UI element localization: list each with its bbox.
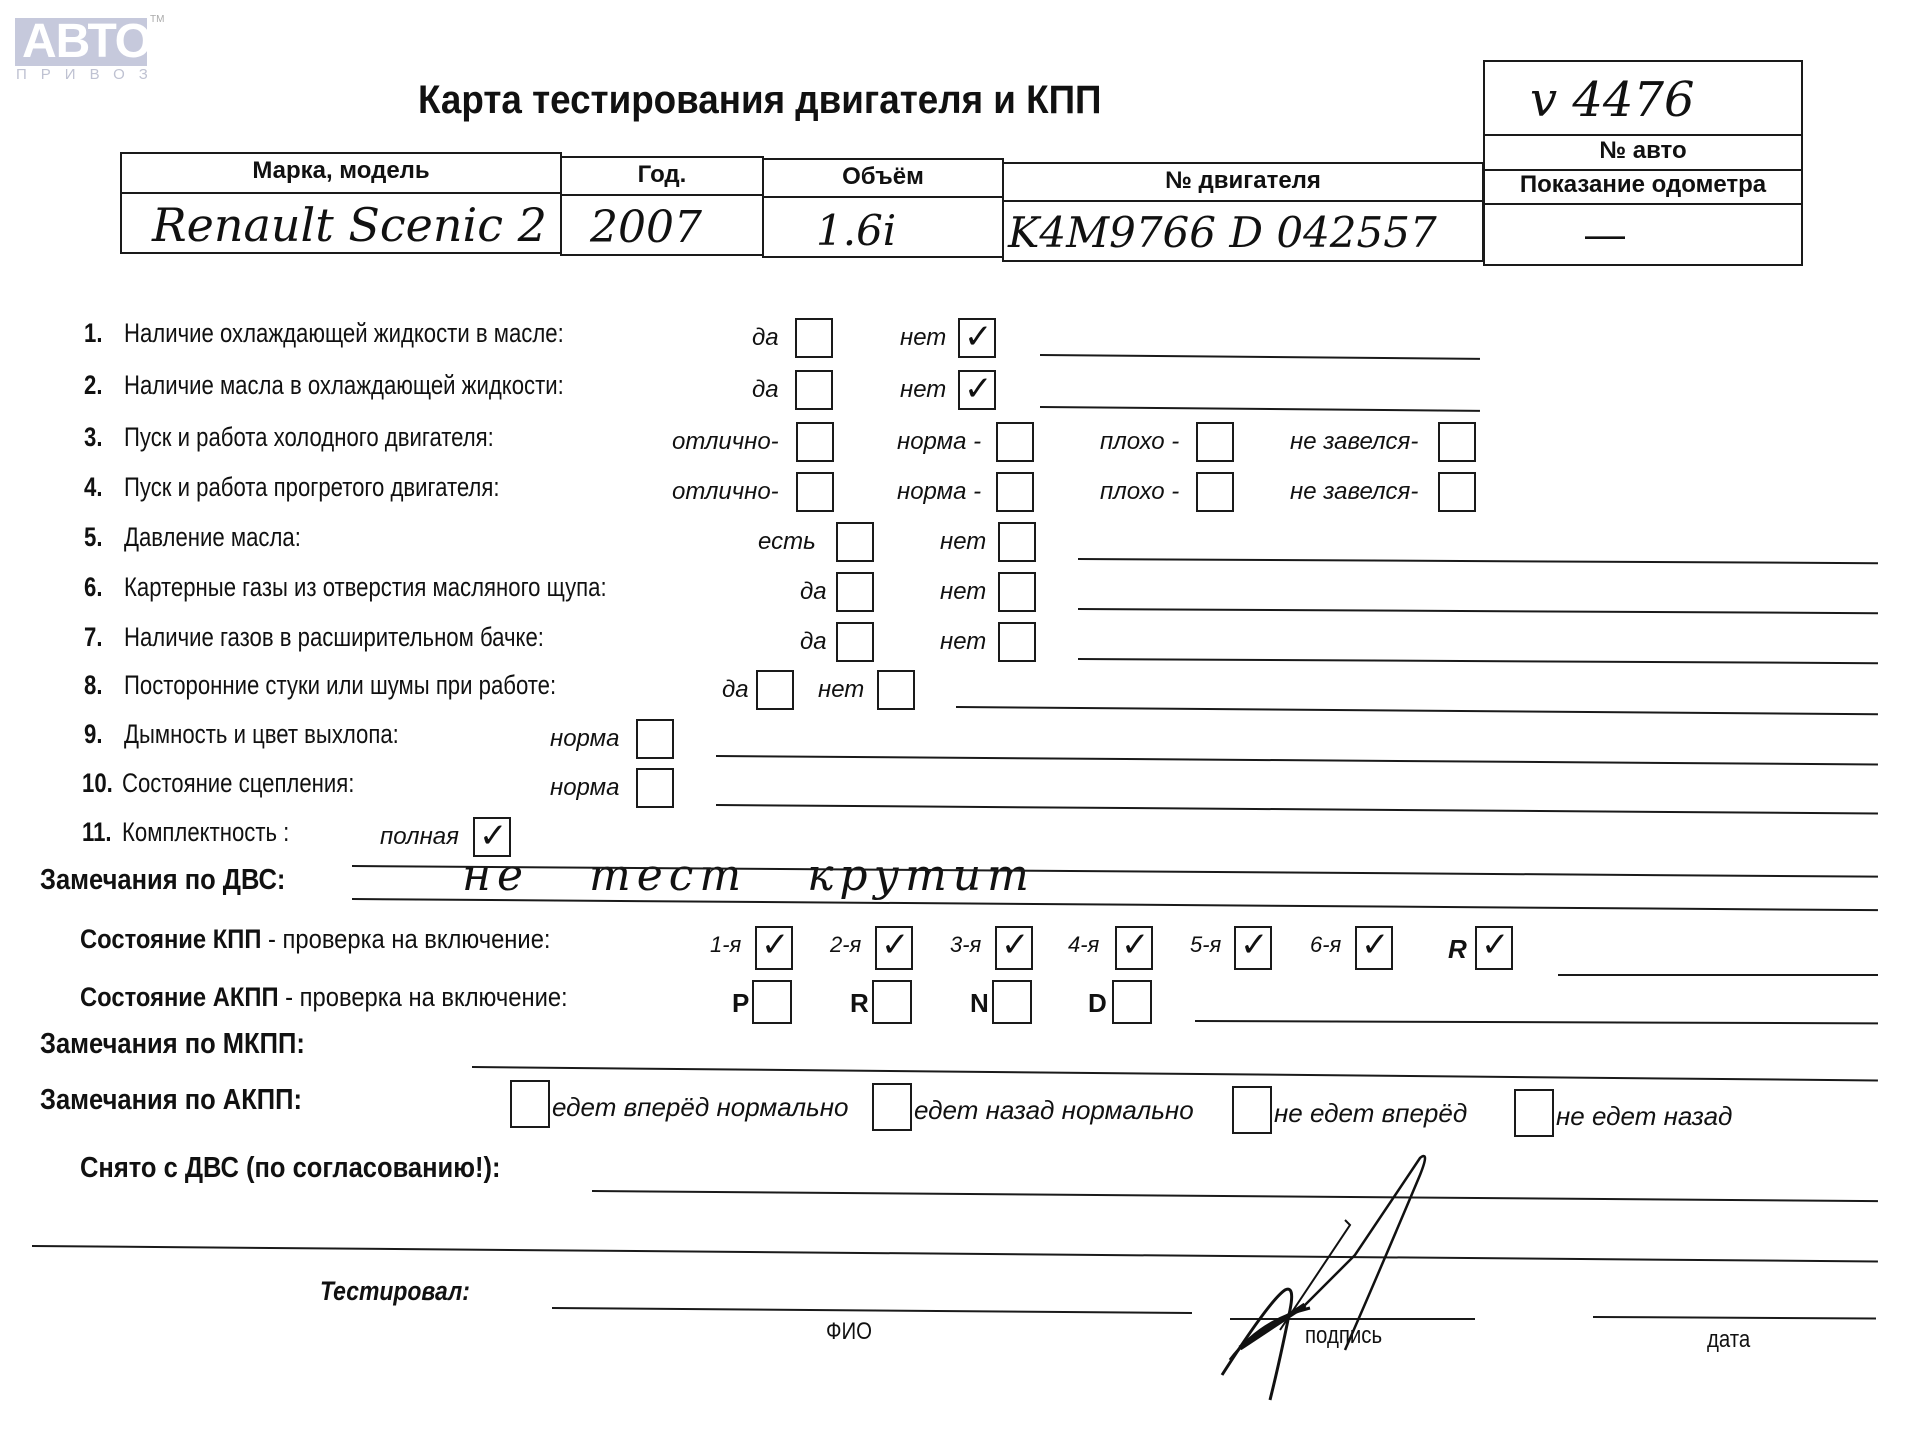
option-checkbox-1[interactable] bbox=[636, 719, 674, 759]
make-model-value: Renault Scenic 2 bbox=[152, 198, 547, 252]
row-number: 5. bbox=[84, 522, 102, 553]
akpp-position-label-4: D bbox=[1088, 988, 1107, 1019]
akpp-position-checkbox-2[interactable] bbox=[872, 980, 912, 1024]
option-label-1: норма bbox=[550, 725, 619, 753]
row-number: 10. bbox=[82, 768, 113, 799]
gear-checkbox-2[interactable]: ✓ bbox=[875, 926, 913, 970]
option-checkbox-2[interactable] bbox=[998, 522, 1036, 562]
akpp-position-checkbox-4[interactable] bbox=[1112, 980, 1152, 1024]
engine-number-field[interactable]: K4M9766 D 042557 bbox=[1002, 200, 1484, 262]
option-checkbox-4[interactable] bbox=[1438, 422, 1476, 462]
auto-gearbox-label: Состояние АКПП - проверка на включение: bbox=[80, 982, 568, 1013]
header-year-label: Год. bbox=[560, 156, 764, 196]
row-label: Наличие газов в расширительном бачке: bbox=[124, 622, 544, 653]
row-number: 7. bbox=[84, 622, 102, 653]
gear-label-4: 4-я bbox=[1068, 932, 1099, 958]
option-checkbox-1[interactable] bbox=[796, 422, 834, 462]
row-label: Наличие масла в охлаждающей жидкости: bbox=[124, 370, 564, 401]
option-checkbox-3[interactable] bbox=[1196, 422, 1234, 462]
check-icon: ✓ bbox=[761, 928, 790, 962]
auto-gearbox-subtitle: - проверка на включение: bbox=[279, 982, 568, 1012]
check-icon: ✓ bbox=[964, 320, 993, 354]
option-label-1: есть bbox=[758, 528, 816, 556]
date-label: дата bbox=[1707, 1326, 1750, 1354]
logo-text: АВТО bbox=[22, 14, 151, 70]
option-checkbox-1[interactable] bbox=[636, 768, 674, 808]
signature-mark bbox=[1210, 1150, 1440, 1410]
option-label-3: плохо - bbox=[1100, 478, 1179, 506]
option-checkbox-2[interactable] bbox=[996, 472, 1034, 512]
gear-label-7: R bbox=[1448, 934, 1467, 965]
option-label-1: да bbox=[800, 628, 827, 656]
option-label-1: да bbox=[752, 376, 779, 404]
auto-gearbox-line bbox=[1195, 1020, 1878, 1024]
option-checkbox-1[interactable] bbox=[795, 370, 833, 410]
option-checkbox-2[interactable] bbox=[998, 622, 1036, 662]
gear-checkbox-1[interactable]: ✓ bbox=[755, 926, 793, 970]
check-icon: ✓ bbox=[479, 819, 508, 853]
gear-checkbox-4[interactable]: ✓ bbox=[1115, 926, 1153, 970]
check-icon: ✓ bbox=[1361, 928, 1390, 962]
engine-remarks-value[interactable]: не тест крутит bbox=[462, 850, 1035, 901]
option-label-2: нет bbox=[940, 628, 986, 656]
akpp-position-label-3: N bbox=[970, 988, 989, 1019]
tested-by-label: Тестировал: bbox=[320, 1276, 470, 1307]
auto-remarks-label: Замечания по АКПП: bbox=[40, 1084, 302, 1117]
akpp-remark-checkbox-2[interactable] bbox=[872, 1083, 912, 1131]
row-number: 8. bbox=[84, 670, 102, 701]
akpp-remark-checkbox-1[interactable] bbox=[510, 1080, 550, 1128]
akpp-position-checkbox-1[interactable] bbox=[752, 980, 792, 1024]
row-number: 3. bbox=[84, 422, 102, 453]
row-notes-line[interactable] bbox=[1078, 658, 1878, 664]
row-label: Пуск и работа прогретого двигателя: bbox=[124, 472, 499, 503]
option-checkbox-4[interactable] bbox=[1438, 472, 1476, 512]
gear-checkbox-3[interactable]: ✓ bbox=[995, 926, 1033, 970]
engine-number-value: K4M9766 D 042557 bbox=[1008, 208, 1437, 257]
header-engine-number-label: № двигателя bbox=[1002, 162, 1484, 202]
row-notes-line[interactable] bbox=[1040, 354, 1480, 360]
option-checkbox-2[interactable]: ✓ bbox=[958, 318, 996, 358]
check-icon: ✓ bbox=[1001, 928, 1030, 962]
option-checkbox-1[interactable] bbox=[836, 522, 874, 562]
page-title: Карта тестирования двигателя и КПП bbox=[418, 78, 1101, 123]
option-checkbox-2[interactable]: ✓ bbox=[958, 370, 996, 410]
fio-line[interactable] bbox=[552, 1307, 1192, 1314]
gear-checkbox-7[interactable]: ✓ bbox=[1475, 926, 1513, 970]
check-icon: ✓ bbox=[964, 372, 993, 406]
akpp-remark-checkbox-4[interactable] bbox=[1514, 1089, 1554, 1137]
check-icon: ✓ bbox=[1121, 928, 1150, 962]
odometer-label: Показание одометра bbox=[1483, 168, 1803, 202]
logo-subtitle: ПРИВОЗ bbox=[16, 66, 162, 83]
logo-trademark: TM bbox=[150, 14, 164, 25]
car-number-value[interactable]: v 4476 bbox=[1530, 72, 1695, 128]
row-label: Пуск и работа холодного двигателя: bbox=[124, 422, 494, 453]
option-label-4: не завелся- bbox=[1290, 478, 1418, 506]
manual-gearbox-title: Состояние КПП bbox=[80, 924, 261, 954]
option-checkbox-2[interactable] bbox=[998, 572, 1036, 612]
check-icon: ✓ bbox=[1240, 928, 1269, 962]
gear-label-3: 3-я bbox=[950, 932, 981, 958]
row-label: Дымность и цвет выхлопа: bbox=[124, 719, 399, 750]
option-label-1: да bbox=[800, 578, 827, 606]
engine-remarks-line bbox=[352, 898, 1878, 911]
auto-gearbox-title: Состояние АКПП bbox=[80, 982, 279, 1012]
check-icon: ✓ bbox=[1481, 928, 1510, 962]
option-checkbox-1[interactable] bbox=[836, 622, 874, 662]
gear-label-6: 6-я bbox=[1310, 932, 1341, 958]
option-checkbox-1[interactable] bbox=[796, 472, 834, 512]
option-label-1: да bbox=[752, 324, 779, 352]
row-notes-line[interactable] bbox=[716, 804, 1878, 815]
divider bbox=[1483, 203, 1803, 205]
manual-gearbox-label: Состояние КПП - проверка на включение: bbox=[80, 924, 551, 955]
volume-field[interactable]: 1.6i bbox=[762, 196, 1004, 258]
manual-gearbox-subtitle: - проверка на включение: bbox=[261, 924, 550, 954]
option-label-2: нет bbox=[940, 528, 986, 556]
row-label: Посторонние стуки или шумы при работе: bbox=[124, 670, 556, 701]
option-label-1: да bbox=[722, 676, 749, 704]
row-notes-line[interactable] bbox=[1040, 406, 1480, 412]
option-checkbox-2[interactable] bbox=[877, 670, 915, 710]
check-icon: ✓ bbox=[881, 928, 910, 962]
car-number-label: № авто bbox=[1483, 134, 1803, 168]
volume-value: 1.6i bbox=[816, 206, 896, 255]
header-volume-label: Объём bbox=[762, 158, 1004, 198]
row-number: 6. bbox=[84, 572, 102, 603]
year-value: 2007 bbox=[590, 202, 702, 253]
gear-label-1: 1-я bbox=[710, 932, 741, 958]
option-label-1: отлично- bbox=[672, 478, 779, 506]
option-label-1: отлично- bbox=[672, 428, 779, 456]
option-label-1: норма bbox=[550, 774, 619, 802]
row-label: Комплектность : bbox=[122, 817, 289, 848]
row-notes-line[interactable] bbox=[956, 706, 1878, 715]
row-label: Состояние сцепления: bbox=[122, 768, 354, 799]
row-number: 4. bbox=[84, 472, 102, 503]
akpp-remark-label-3: не едет вперёд bbox=[1274, 1098, 1467, 1129]
row-label: Картерные газы из отверстия масляного щу… bbox=[124, 572, 607, 603]
akpp-position-checkbox-3[interactable] bbox=[992, 980, 1032, 1024]
akpp-remark-label-1: едет вперёд нормально bbox=[552, 1092, 848, 1123]
year-field[interactable]: 2007 bbox=[560, 194, 764, 256]
row-notes-line[interactable] bbox=[716, 755, 1878, 766]
row-number: 1. bbox=[84, 318, 102, 349]
row-number: 2. bbox=[84, 370, 102, 401]
removed-parts-label: Снято с ДВС (по согласованию!): bbox=[80, 1152, 501, 1185]
akpp-remark-label-4: не едет назад bbox=[1556, 1101, 1732, 1132]
option-label-1: полная bbox=[380, 823, 459, 851]
engine-remarks-label: Замечания по ДВС: bbox=[40, 864, 285, 897]
option-label-4: не завелся- bbox=[1290, 428, 1418, 456]
option-label-3: плохо - bbox=[1100, 428, 1179, 456]
gear-checkbox-6[interactable]: ✓ bbox=[1355, 926, 1393, 970]
option-checkbox-3[interactable] bbox=[1196, 472, 1234, 512]
header-make-model-label: Марка, модель bbox=[120, 152, 562, 194]
row-label: Давление масла: bbox=[124, 522, 301, 553]
option-label-2: нет bbox=[900, 324, 946, 352]
row-notes-line[interactable] bbox=[1078, 608, 1878, 614]
option-label-2: норма - bbox=[897, 478, 981, 506]
fio-label: ФИО bbox=[826, 1318, 872, 1346]
option-checkbox-2[interactable] bbox=[996, 422, 1034, 462]
make-model-field[interactable]: Renault Scenic 2 bbox=[120, 192, 562, 254]
option-checkbox-1[interactable] bbox=[756, 670, 794, 710]
gear-checkbox-5[interactable]: ✓ bbox=[1234, 926, 1272, 970]
gear-label-2: 2-я bbox=[830, 932, 861, 958]
row-label: Наличие охлаждающей жидкости в масле: bbox=[124, 318, 564, 349]
row-number: 9. bbox=[84, 719, 102, 750]
option-checkbox-1[interactable] bbox=[795, 318, 833, 358]
akpp-position-label-1: P bbox=[732, 988, 749, 1019]
manual-remarks-label: Замечания по МКПП: bbox=[40, 1028, 305, 1061]
option-checkbox-1[interactable] bbox=[836, 572, 874, 612]
akpp-remark-label-2: едет назад нормально bbox=[914, 1095, 1194, 1126]
option-label-2: норма - bbox=[897, 428, 981, 456]
row-notes-line[interactable] bbox=[1078, 558, 1878, 564]
odometer-value[interactable]: — bbox=[1585, 213, 1625, 258]
akpp-position-label-2: R bbox=[850, 988, 869, 1019]
akpp-remark-checkbox-3[interactable] bbox=[1232, 1086, 1272, 1134]
option-label-2: нет bbox=[900, 376, 946, 404]
manual-remarks-line[interactable] bbox=[472, 1066, 1878, 1081]
gear-label-5: 5-я bbox=[1190, 932, 1221, 958]
section-divider bbox=[32, 1245, 1878, 1262]
manual-gearbox-line bbox=[1558, 974, 1878, 976]
option-label-2: нет bbox=[940, 578, 986, 606]
row-number: 11. bbox=[82, 817, 112, 848]
option-label-2: нет bbox=[818, 676, 864, 704]
date-line[interactable] bbox=[1593, 1316, 1876, 1319]
